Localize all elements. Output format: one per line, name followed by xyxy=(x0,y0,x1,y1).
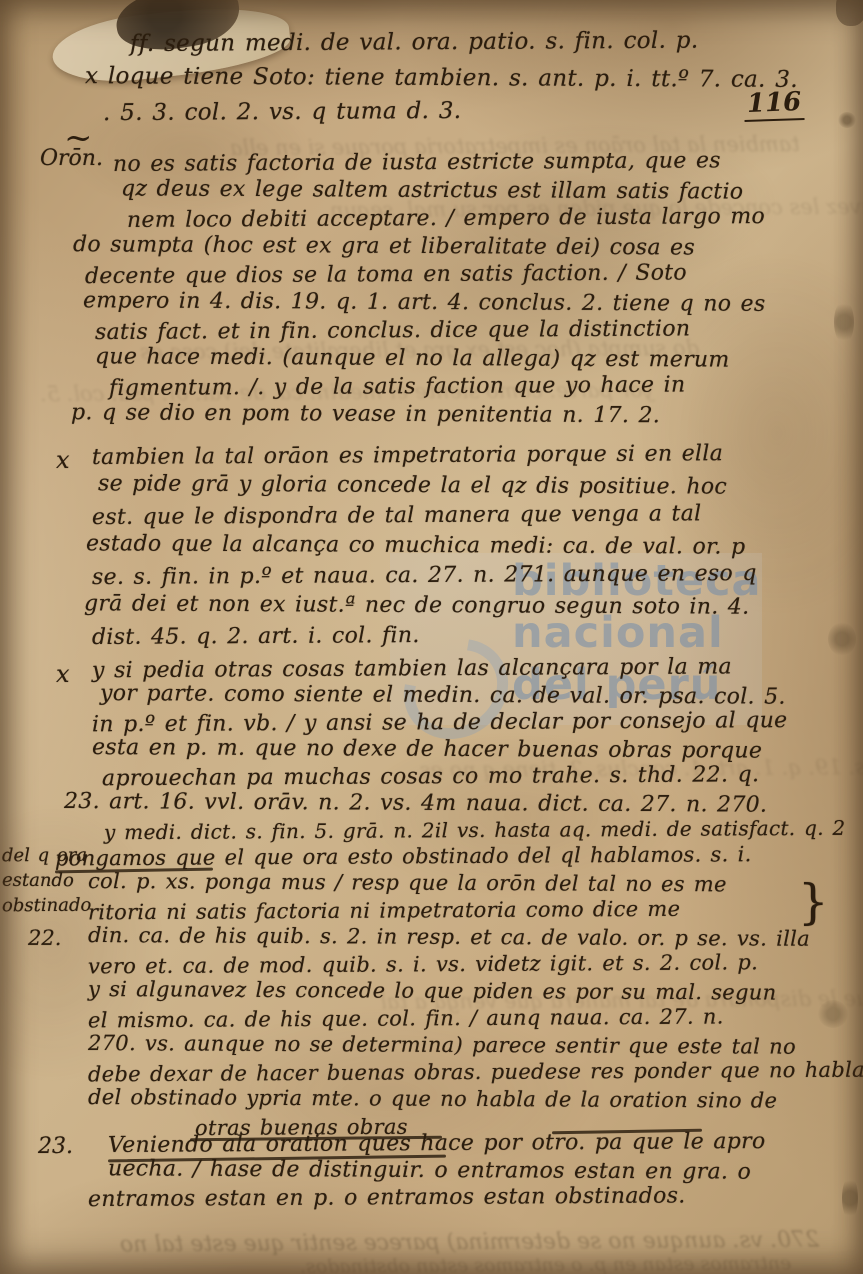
manuscript-line: in p.º et fin. vb. / y ansi se ha de dec… xyxy=(92,707,846,739)
paragraph-2: tambien la tal orāon es impetratoria por… xyxy=(92,441,757,651)
manuscript-line: satis fact. et in fin. conclus. dice que… xyxy=(95,315,766,347)
paragraph-1: no es satis factoria de iusta estricte s… xyxy=(95,149,765,429)
paragraph-mark: x xyxy=(56,446,70,474)
edge-ink-speck xyxy=(838,112,856,128)
margin-catchword: Orōn. xyxy=(40,146,103,171)
edge-ink-speck xyxy=(834,300,854,344)
paragraph-mark: x xyxy=(56,660,70,688)
edge-ink-speck xyxy=(842,1176,858,1220)
header-citation-block: ff. segun medi. de val. ora. patio. s. f… xyxy=(85,24,798,126)
manuscript-line: entramos estan en p. o entramos estan ob… xyxy=(88,1182,766,1213)
manuscript-line: y si pedia otras cosas tambien las alcan… xyxy=(92,653,846,685)
bleedthrough-text: 270. vs. aunque no se determina) parece … xyxy=(120,1228,819,1258)
manuscript-line: estado que la alcança co muchica medi: c… xyxy=(86,529,757,563)
manuscript-line: del obstinado ypria mte. o que no habla … xyxy=(88,1084,863,1115)
manuscript-line: ff. segun medi. de val. ora. patio. s. f… xyxy=(130,22,798,62)
margin-note-23: 23. xyxy=(38,1134,73,1159)
edge-ink-speck xyxy=(828,622,856,656)
manuscript-line: decente que dios se la toma en satis fac… xyxy=(85,259,766,291)
manuscript-line: do sumpta (hoc est ex gra et liberalitat… xyxy=(73,231,766,263)
paragraph-5: Veniendo ala oration ques hace por otro.… xyxy=(108,1130,765,1211)
manuscript-line: grā dei et non ex iust.ª nec de congruo … xyxy=(84,589,757,623)
manuscript-line: aprouechan pa muchas cosas co mo trahe. … xyxy=(102,761,846,793)
manuscript-line: est. que le dispondra de tal manera que … xyxy=(92,499,757,533)
manuscript-line: tambien la tal orāon es impetratoria por… xyxy=(92,439,757,473)
manuscript-line: empero in 4. dis. 19. q. 1. art. 4. conc… xyxy=(83,287,766,319)
folio-number: 116 xyxy=(743,87,804,122)
manuscript-line: se pide grā y gloria concede la el qz di… xyxy=(98,469,757,502)
manuscript-line: esta en p. m. que no dexe de hacer buena… xyxy=(92,734,846,765)
bleedthrough-text: entramos estan en p. o entramos estan ob… xyxy=(300,1252,791,1274)
manuscript-line: figmentum. /. y de la satis faction que … xyxy=(109,371,766,403)
manuscript-line: nem loco debiti acceptare. / empero de i… xyxy=(127,203,766,235)
manuscript-line: no es satis factoria de iusta estricte s… xyxy=(113,147,766,179)
manuscript-page: tambien la tal orāon es impetratoria por… xyxy=(0,0,863,1274)
manuscript-line: 23. art. 16. vvl. orāv. n. 2. vs. 4m nau… xyxy=(64,788,846,819)
paragraph-4: pongamos que el que ora esto obstinado d… xyxy=(55,843,863,1140)
manuscript-line: que hace medi. (aunque el no la allega) … xyxy=(95,343,766,375)
manuscript-line: qz deus ex lege saltem astrictus est ill… xyxy=(121,175,766,206)
manuscript-line: dist. 45. q. 2. art. i. col. fin. xyxy=(92,619,757,653)
corner-ink-spot xyxy=(836,0,863,26)
manuscript-line: x loque tiene Soto: tiene tambien. s. an… xyxy=(85,58,798,98)
manuscript-line: se. s. fin. in p.º et naua. ca. 27. n. 2… xyxy=(92,559,757,593)
paragraph-3: y si pedia otras cosas tambien las alcan… xyxy=(92,655,846,844)
manuscript-line: . 5. 3. col. 2. vs. q tuma d. 3. xyxy=(103,94,798,128)
manuscript-line: yor parte. como siente el medin. ca. de … xyxy=(100,680,846,711)
manuscript-line: p. q se dio en pom to vease in penitenti… xyxy=(71,399,766,431)
margin-brace: } xyxy=(798,874,829,930)
